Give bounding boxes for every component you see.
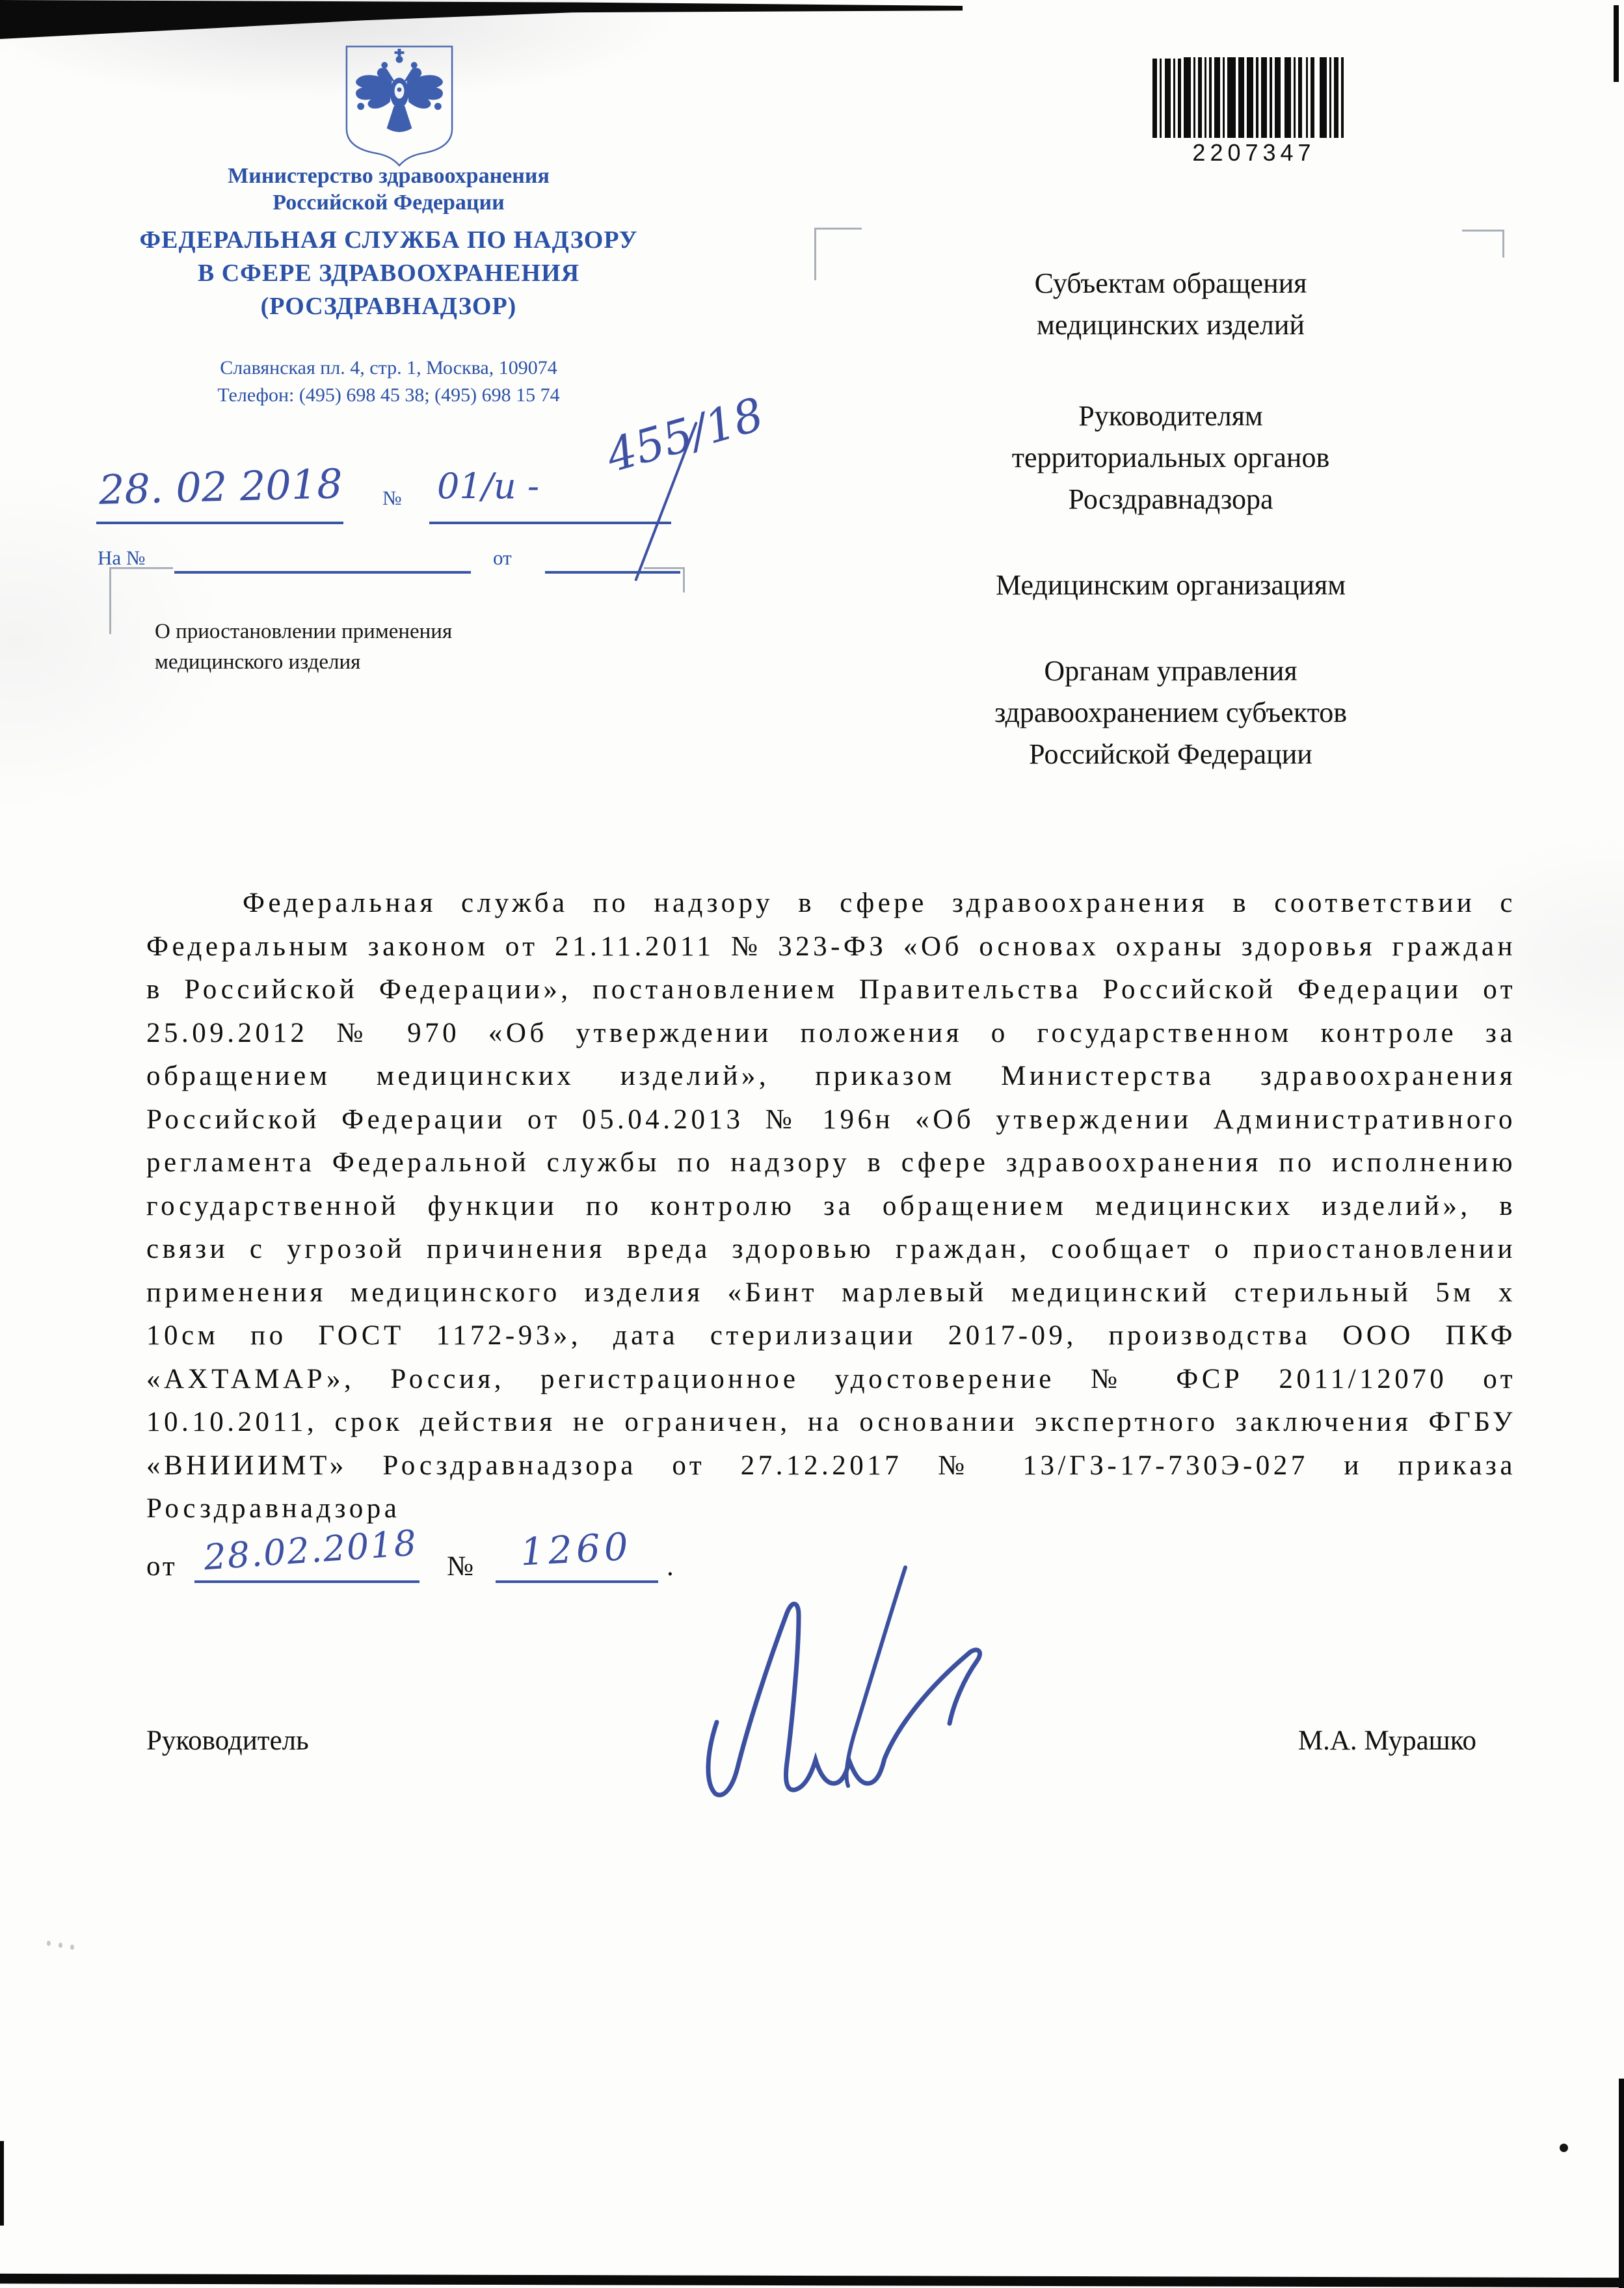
closing-ot-label: от xyxy=(146,1550,178,1582)
recipient-line: Российской Федерации xyxy=(865,734,1476,775)
recipient-line: Органам управления xyxy=(865,650,1476,692)
ministry-name-line1: Министерство здравоохранения xyxy=(94,163,683,189)
service-name-line1: ФЕДЕРАЛЬНАЯ СЛУЖБА ПО НАДЗОРУ xyxy=(94,224,683,257)
barcode xyxy=(1152,57,1344,139)
scan-artifact-bottom-band xyxy=(0,2272,1624,2288)
recipient-group-3: Медицинским организациям xyxy=(865,565,1476,606)
speck-artifact xyxy=(59,1943,62,1948)
barcode-bars xyxy=(1152,57,1344,139)
scan-artifact-top-right xyxy=(1614,5,1619,82)
closing-no-label: № xyxy=(447,1550,476,1582)
order-number-handwritten: 1260 xyxy=(519,1524,633,1575)
recipient-line: Медицинским организациям xyxy=(865,565,1476,606)
subject-line1: О приостановлении применения xyxy=(155,617,623,647)
corner-mark-subject-right xyxy=(644,567,685,592)
service-name-line2: В СФЕРЕ ЗДРАВООХРАНЕНИЯ xyxy=(94,257,683,290)
coat-of-arms-emblem xyxy=(341,43,457,170)
recipient-group-4: Органам управления здравоохранением субъ… xyxy=(865,650,1476,775)
body-paragraph: Федеральная служба по надзору в сфере зд… xyxy=(146,882,1516,1531)
corner-mark-recipient-left xyxy=(814,228,862,280)
corner-mark-recipient-right xyxy=(1462,230,1504,258)
date-underline xyxy=(96,475,343,524)
service-name-line3: (РОСЗДРАВНАДЗОР) xyxy=(94,290,683,323)
letterhead-phone: Телефон: (495) 698 45 38; (495) 698 15 7… xyxy=(94,382,683,409)
recipient-line: территориальных органов xyxy=(865,437,1476,479)
closing-period: . xyxy=(667,1550,676,1582)
speck-artifact xyxy=(70,1945,74,1950)
scan-artifact-left-edge xyxy=(0,2141,4,2226)
signer-name: М.А. Мурашко xyxy=(1164,1725,1476,1757)
position-label: Руководитель xyxy=(146,1725,309,1757)
barcode-number: 2207347 xyxy=(1163,139,1345,166)
ink-dot-artifact xyxy=(1560,2144,1568,2152)
scan-artifact-top-band xyxy=(0,0,963,39)
letterhead-address: Славянская пл. 4, стр. 1, Москва, 109074 xyxy=(94,354,683,382)
scan-artifact-right-edge xyxy=(1619,2079,1624,2288)
subject-line2: медицинского изделия xyxy=(155,647,623,678)
recipient-group-1: Субъектам обращения медицинских изделий xyxy=(865,263,1476,346)
recipient-line: Субъектам обращения xyxy=(865,263,1476,304)
signature-autograph xyxy=(683,1561,1047,1834)
double-headed-eagle-icon xyxy=(341,43,457,170)
recipient-line: медицинских изделий xyxy=(865,304,1476,346)
na-no-underline xyxy=(174,541,471,574)
ot-label: от xyxy=(493,546,512,570)
no-label: № xyxy=(382,486,402,510)
recipient-group-2: Руководителям территориальных органов Ро… xyxy=(865,395,1476,520)
signature-ink-icon xyxy=(683,1561,1047,1834)
recipient-line: Руководителям xyxy=(865,395,1476,437)
recipient-line: здравоохранением субъектов xyxy=(865,692,1476,734)
recipient-line: Росздравнадзора xyxy=(865,479,1476,520)
outgoing-number-handwritten-part1: 01/и - xyxy=(437,466,539,507)
na-no-label: На № xyxy=(98,546,145,570)
subject-block: О приостановлении применения медицинског… xyxy=(155,617,623,678)
speck-artifact xyxy=(47,1941,51,1946)
ministry-name-line2: Российской Федерации xyxy=(94,189,683,216)
scanned-letter-page: Министерство здравоохранения Российской … xyxy=(0,0,1624,2288)
letterhead: Министерство здравоохранения Российской … xyxy=(94,163,683,409)
